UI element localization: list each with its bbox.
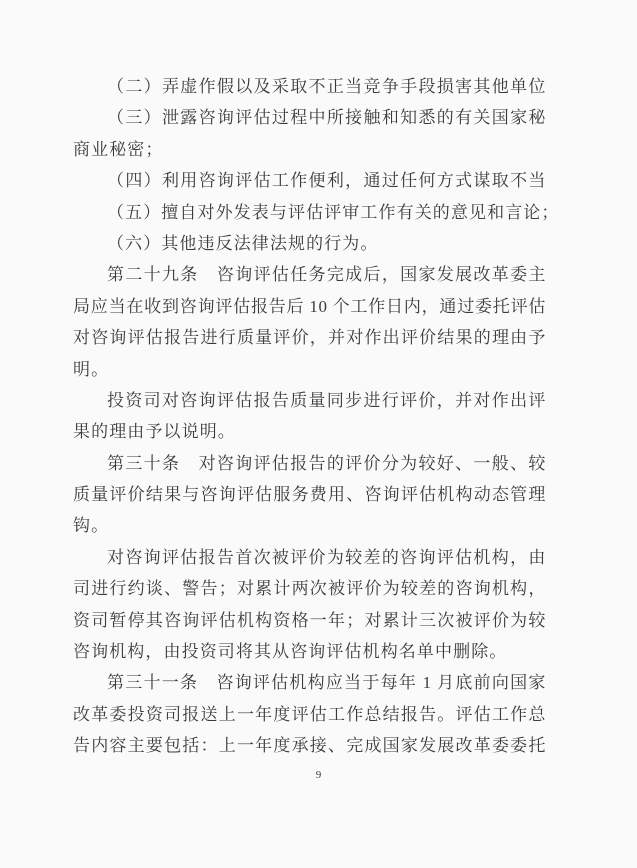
text-line: （二）弄虚作假以及采取不正当竞争手段损害其他单位利益； <box>73 71 546 102</box>
text-line: 第二十九条 咨询评估任务完成后，国家发展改革委主办司 <box>73 259 546 290</box>
text-line: 资司暂停其咨询评估机构资格一年；对累计三次被评价为较差的 <box>73 605 546 636</box>
text-line: 对咨询评估报告进行质量评价，并对作出评价结果的理由予以说 <box>73 322 546 353</box>
text-line: 第三十条 对咨询评估报告的评价分为较好、一般、较差。 <box>73 448 546 479</box>
text-line: （六）其他违反法律法规的行为。 <box>73 228 546 259</box>
text-line: 投资司对咨询评估报告质量同步进行评价，并对作出评价结 <box>73 385 546 416</box>
text-line: （三）泄露咨询评估过程中所接触和知悉的有关国家秘密、 <box>73 102 546 133</box>
text-line: 钩。 <box>73 510 546 541</box>
text-line: 对咨询评估报告首次被评价为较差的咨询评估机构，由投资 <box>73 542 546 573</box>
text-line: 司进行约谈、警告；对累计两次被评价为较差的咨询机构，由投 <box>73 573 546 604</box>
text-line: 第三十一条 咨询评估机构应当于每年 1 月底前向国家发展 <box>73 667 546 698</box>
text-line: 告内容主要包括：上一年度承接、完成国家发展改革委委托的咨 <box>73 730 546 761</box>
text-line: 商业秘密； <box>73 134 546 165</box>
text-line: 改革委投资司报送上一年度评估工作总结报告。评估工作总结报 <box>73 699 546 730</box>
text-line: 局应当在收到咨询评估报告后 10 个工作日内，通过委托评估系统 <box>73 291 546 322</box>
text-line: 咨询机构，由投资司将其从咨询评估机构名单中删除。 <box>73 636 546 667</box>
document-page: （二）弄虚作假以及采取不正当竞争手段损害其他单位利益； （三）泄露咨询评估过程中… <box>0 0 637 868</box>
text-line: （四）利用咨询评估工作便利，通过任何方式谋取不当利益； <box>73 165 546 196</box>
text-line: （五）擅自对外发表与评估评审工作有关的意见和言论； <box>73 197 546 228</box>
text-line: 质量评价结果与咨询评估服务费用、咨询评估机构动态管理相挂 <box>73 479 546 510</box>
text-line: 明。 <box>73 354 546 385</box>
page-number: 9 <box>0 769 637 781</box>
text-line: 果的理由予以说明。 <box>73 416 546 447</box>
document-body: （二）弄虚作假以及采取不正当竞争手段损害其他单位利益； （三）泄露咨询评估过程中… <box>73 71 546 762</box>
